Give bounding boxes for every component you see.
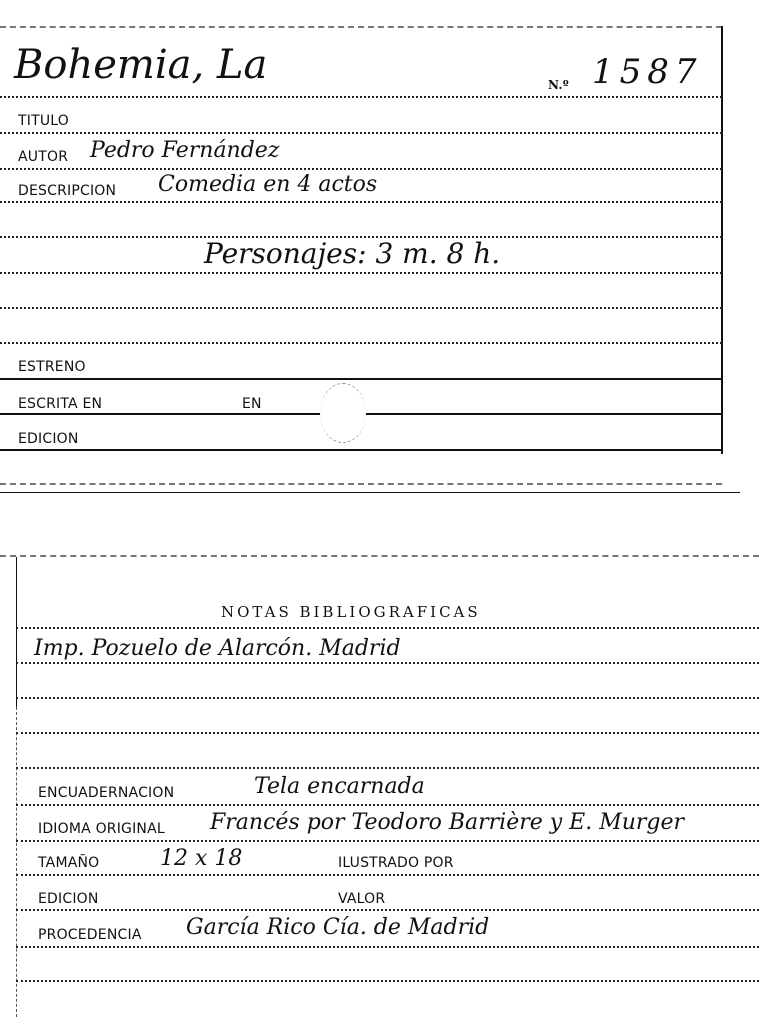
number-label: N.º bbox=[548, 78, 569, 92]
stamp-smudge bbox=[320, 383, 366, 443]
card-divider bbox=[0, 492, 740, 493]
descripcion-value: Comedia en 4 actos bbox=[158, 172, 377, 197]
rule bbox=[16, 697, 759, 699]
personajes-value: Personajes: 3 m. 8 h. bbox=[204, 237, 500, 270]
rule bbox=[16, 767, 759, 769]
valor-label: VALOR bbox=[338, 891, 385, 907]
title-handwritten: Bohemia, La bbox=[14, 42, 267, 88]
number-value: 1587 bbox=[592, 52, 703, 92]
edicion-label: EDICION bbox=[18, 431, 79, 447]
notes-line-1: Imp. Pozuelo de Alarcón. Madrid bbox=[34, 636, 401, 661]
rule bbox=[16, 946, 759, 948]
card-left-edge bbox=[16, 557, 17, 707]
edicion-label: EDICION bbox=[38, 891, 99, 907]
ilustrado-label: ILUSTRADO POR bbox=[338, 855, 454, 871]
tamano-label: TAMAÑO bbox=[38, 855, 99, 871]
rule bbox=[16, 732, 759, 734]
escrita-en-label: ESCRITA EN bbox=[18, 396, 102, 412]
card-top-edge bbox=[0, 26, 722, 28]
tamano-value: 12 x 18 bbox=[160, 846, 242, 871]
rule bbox=[16, 874, 759, 876]
rule bbox=[0, 96, 722, 98]
rule bbox=[0, 168, 722, 170]
rule bbox=[0, 378, 722, 380]
card-right-edge bbox=[721, 26, 723, 454]
rule bbox=[16, 804, 759, 806]
autor-value: Pedro Fernández bbox=[90, 138, 279, 163]
encuadernacion-value: Tela encarnada bbox=[254, 774, 425, 799]
descripcion-label: DESCRIPCION bbox=[18, 183, 116, 199]
rule bbox=[16, 840, 759, 842]
rule bbox=[0, 307, 722, 309]
idioma-value: Francés por Teodoro Barrière y E. Murger bbox=[210, 810, 684, 835]
card-left-edge-faint bbox=[16, 707, 17, 1017]
idioma-label: IDIOMA ORIGINAL bbox=[38, 821, 165, 837]
estreno-label: ESTRENO bbox=[18, 359, 86, 375]
notas-heading: NOTAS BIBLIOGRAFICAS bbox=[221, 603, 481, 621]
rule bbox=[0, 201, 722, 203]
titulo-label: TITULO bbox=[18, 113, 69, 129]
card-bottom-edge bbox=[0, 483, 722, 485]
rule bbox=[16, 662, 759, 664]
procedencia-label: PROCEDENCIA bbox=[38, 927, 142, 943]
rule bbox=[16, 627, 759, 629]
rule bbox=[16, 909, 759, 911]
procedencia-value: García Rico Cía. de Madrid bbox=[186, 915, 489, 940]
rule bbox=[16, 980, 759, 982]
rule bbox=[0, 342, 722, 344]
rule bbox=[0, 272, 722, 274]
autor-label: AUTOR bbox=[18, 149, 68, 165]
encuadernacion-label: ENCUADERNACION bbox=[38, 785, 174, 801]
card-top-edge bbox=[0, 555, 759, 557]
rule bbox=[0, 449, 722, 451]
rule bbox=[0, 132, 722, 134]
en-label: EN bbox=[242, 396, 262, 412]
